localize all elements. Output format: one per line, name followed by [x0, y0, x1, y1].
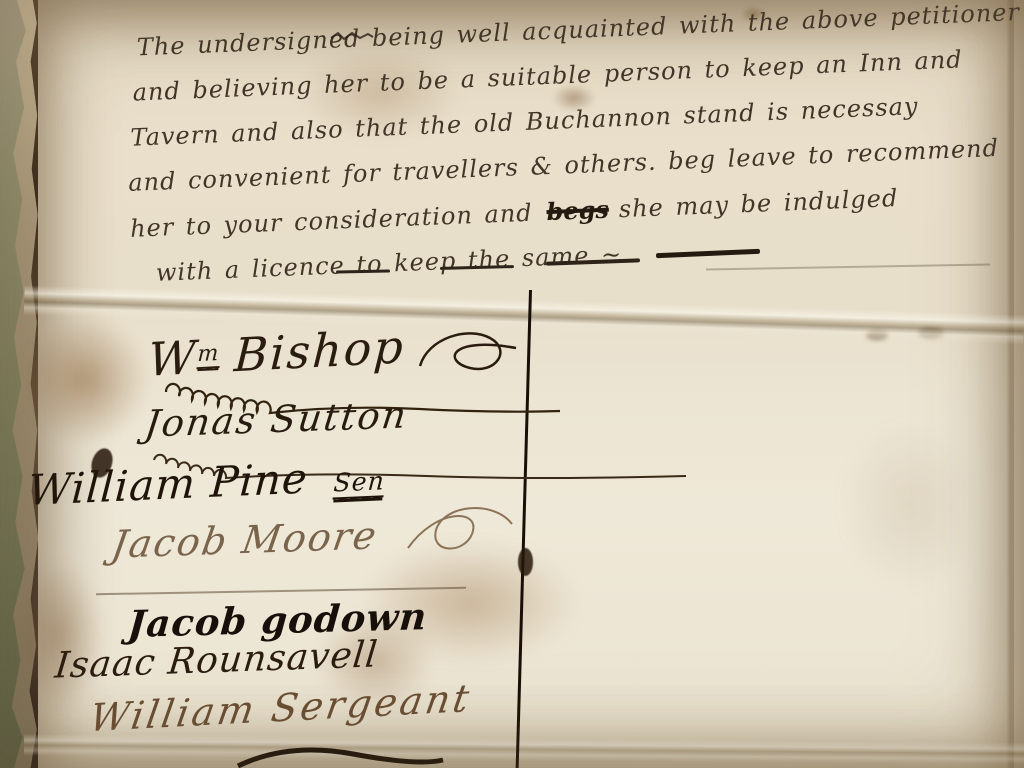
petition-line-pre: her to your consideration and: [130, 199, 534, 243]
signature-superscript: m: [197, 341, 221, 369]
petition-text-block: The undersigned being well acquainted wi…: [122, 0, 1024, 297]
petition-line-post: she may be indulged: [618, 184, 899, 223]
flourish-swirl: [408, 514, 518, 566]
correction-scribble: [330, 30, 374, 42]
signature-text: Bishop: [233, 319, 406, 382]
flourish-loop-end: [420, 330, 520, 380]
ink-splotch: [518, 548, 533, 576]
struck-out-word: begs: [546, 195, 609, 226]
partial-signature-stroke: [238, 748, 448, 768]
photograph-of-document: The undersigned being well acquainted wi…: [0, 0, 1024, 768]
signature-suffix-sen: Sen: [332, 466, 385, 499]
